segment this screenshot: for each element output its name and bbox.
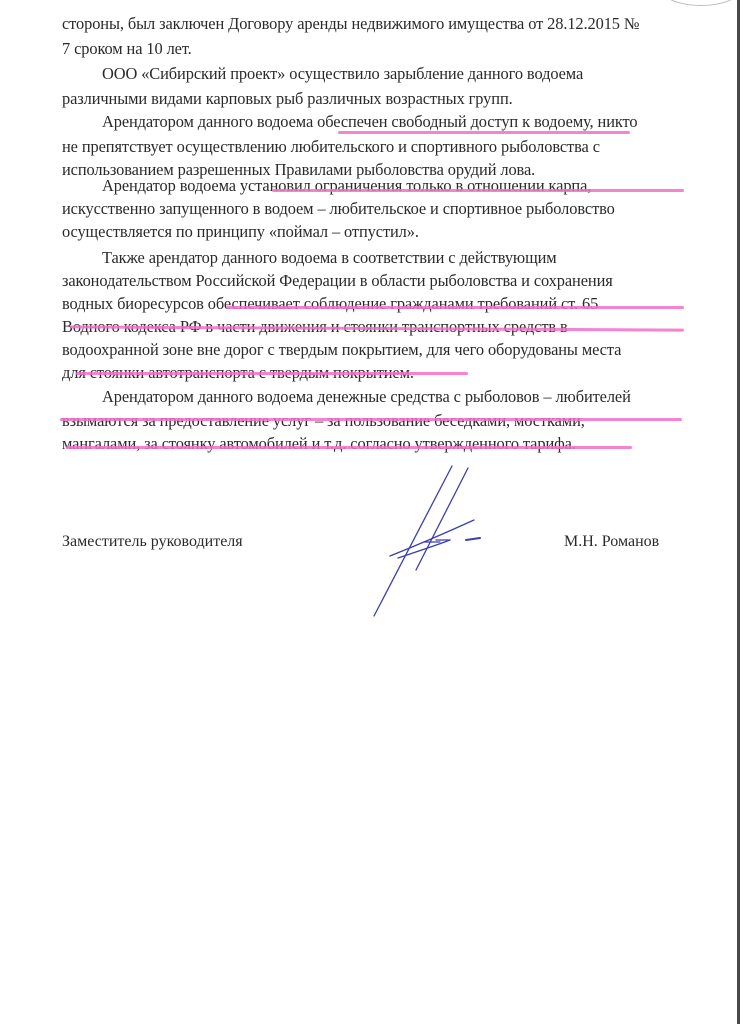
text-line: взымаются за предоставление услуг – за п…: [62, 411, 478, 431]
page-edge: [737, 0, 740, 1024]
highlight-underline: [76, 372, 468, 375]
text-line: различными видами карповых рыб различных…: [62, 89, 478, 109]
text-line: осуществляется по принципу «поймал – отп…: [62, 222, 478, 242]
text-line: мангалами, за стоянку автомобилей и т.д.…: [62, 434, 478, 454]
text-line: Также арендатор данного водоема в соотве…: [62, 248, 478, 268]
handwritten-signature-icon: [370, 460, 510, 620]
signatory-position: Заместитель руководителя: [62, 533, 243, 551]
text-line: ООО «Сибирский проект» осуществило зарыб…: [62, 64, 478, 84]
text-line: водоохранной зоне вне дорог с твердым по…: [62, 340, 478, 360]
signatory-name: М.Н. Романов: [564, 533, 659, 551]
highlight-underline: [226, 306, 684, 309]
highlight-underline: [338, 131, 630, 134]
highlight-underline: [66, 446, 632, 449]
stamp-fragment: [660, 0, 741, 6]
text-line: не препятствует осуществлению любительск…: [62, 137, 478, 157]
text-line: Арендатором данного водоема обеспечен св…: [62, 112, 478, 132]
text-line: законодательством Российской Федерации в…: [62, 271, 478, 291]
highlight-underline: [60, 418, 682, 421]
highlight-underline: [272, 189, 684, 192]
text-line: Арендатор водоема установил ограничения …: [62, 176, 478, 196]
text-line: искусственно запущенного в водоем – люби…: [62, 199, 478, 219]
text-line: Арендатором данного водоема денежные сре…: [62, 387, 478, 407]
text-line: 7 сроком на 10 лет.: [62, 39, 478, 59]
text-line: стороны, был заключен Договору аренды не…: [62, 14, 478, 34]
text-line: водных биоресурсов обеспечивает соблюден…: [62, 294, 478, 314]
